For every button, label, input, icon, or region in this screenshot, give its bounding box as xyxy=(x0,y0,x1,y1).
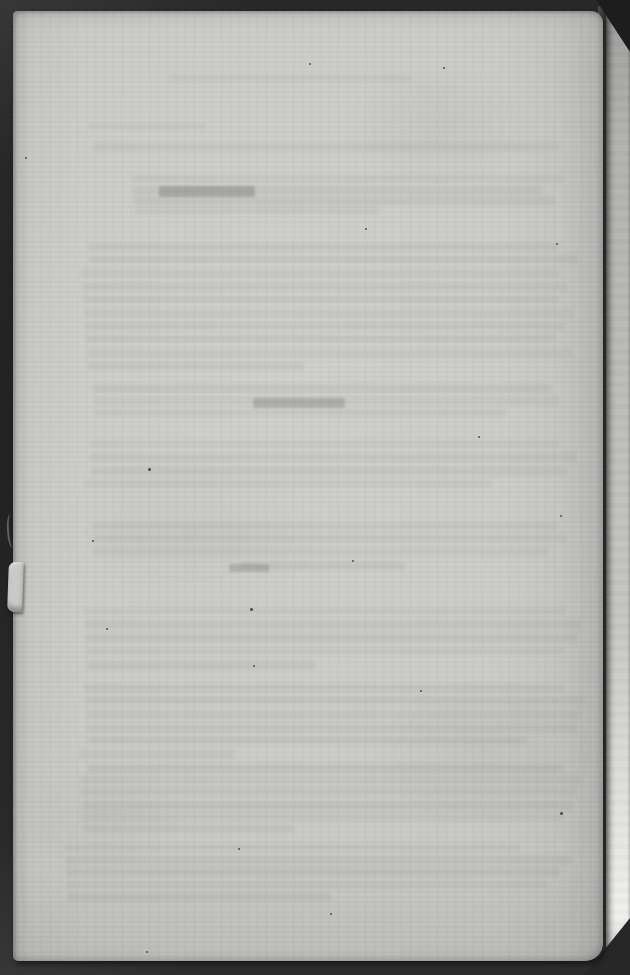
ghost-text-line xyxy=(169,75,411,82)
ghost-text-line xyxy=(86,710,581,719)
ink-speck xyxy=(330,913,332,915)
ghost-text-line xyxy=(87,349,572,358)
ghost-text-line xyxy=(94,547,549,556)
ink-speck xyxy=(443,67,445,69)
ghost-text-line xyxy=(85,634,578,642)
ink-speck xyxy=(106,628,108,630)
ghost-text-line xyxy=(86,335,556,342)
ink-speck xyxy=(556,243,558,245)
ghost-text-line xyxy=(84,684,564,692)
facing-page-edge xyxy=(606,8,630,954)
ink-speck xyxy=(92,540,94,542)
page xyxy=(13,11,603,961)
ink-speck xyxy=(560,515,562,517)
ghost-text-line xyxy=(81,788,576,795)
ghost-text-line xyxy=(82,801,572,810)
ghost-text-line xyxy=(83,480,492,487)
ink-speck xyxy=(365,228,367,230)
ink-speck xyxy=(309,63,311,65)
ghost-text-line xyxy=(83,813,563,821)
ink-speck xyxy=(560,812,563,815)
ghost-text-line xyxy=(88,123,206,130)
ghost-text-line xyxy=(81,269,561,278)
ink-speck xyxy=(148,468,151,471)
ghost-text-line xyxy=(84,309,574,318)
ghost-text-smudge xyxy=(159,186,255,197)
ink-speck xyxy=(238,848,240,850)
ghost-text-line xyxy=(91,467,568,475)
ghost-text-line xyxy=(87,724,577,732)
ink-speck xyxy=(352,560,354,562)
ghost-text-line xyxy=(85,697,585,704)
ghost-text-line xyxy=(89,256,579,263)
ghost-text-line xyxy=(88,243,558,251)
ink-speck xyxy=(25,157,27,159)
ghost-text-line xyxy=(89,440,561,447)
ghost-text-line xyxy=(64,844,519,851)
ghost-text-line xyxy=(92,522,557,530)
ghost-text-line xyxy=(87,661,316,670)
gutter-page-sliver xyxy=(7,562,24,612)
ghost-text-line xyxy=(92,143,560,151)
ghost-text-line xyxy=(93,535,567,542)
ghost-text-smudge xyxy=(253,398,345,408)
ghost-text-line xyxy=(93,384,551,393)
ink-speck xyxy=(250,608,253,611)
ghost-text-line xyxy=(84,620,582,629)
ghost-text-line xyxy=(83,296,558,303)
ghost-text-line xyxy=(83,607,566,614)
ghost-text-line xyxy=(66,868,561,876)
ghost-text-line xyxy=(86,647,564,654)
ghost-text-line xyxy=(67,881,547,888)
ghost-text-line xyxy=(82,283,567,291)
ghost-text-smudge xyxy=(229,564,269,572)
ink-speck xyxy=(478,436,480,438)
ghost-text-line xyxy=(65,856,570,865)
ghost-text-line xyxy=(88,764,563,773)
ghost-text-line xyxy=(80,776,580,784)
ghost-text-line xyxy=(80,750,235,759)
ghost-text-line xyxy=(68,893,331,902)
ghost-text-line xyxy=(132,175,562,182)
ghost-text-line xyxy=(84,825,294,832)
ghost-text-line xyxy=(95,409,506,416)
ink-speck xyxy=(146,951,148,953)
ink-speck xyxy=(253,665,255,667)
ink-speck xyxy=(420,690,422,692)
ghost-text-line xyxy=(90,453,577,462)
ghost-text-line xyxy=(134,197,555,205)
ghost-text-line xyxy=(88,737,528,744)
ghost-text-line xyxy=(85,322,565,330)
ghost-text-line xyxy=(88,362,304,370)
ghost-text-line xyxy=(135,207,380,214)
scanned-document-viewport: { "document": { "type": "scanned-book-pa… xyxy=(0,0,630,975)
